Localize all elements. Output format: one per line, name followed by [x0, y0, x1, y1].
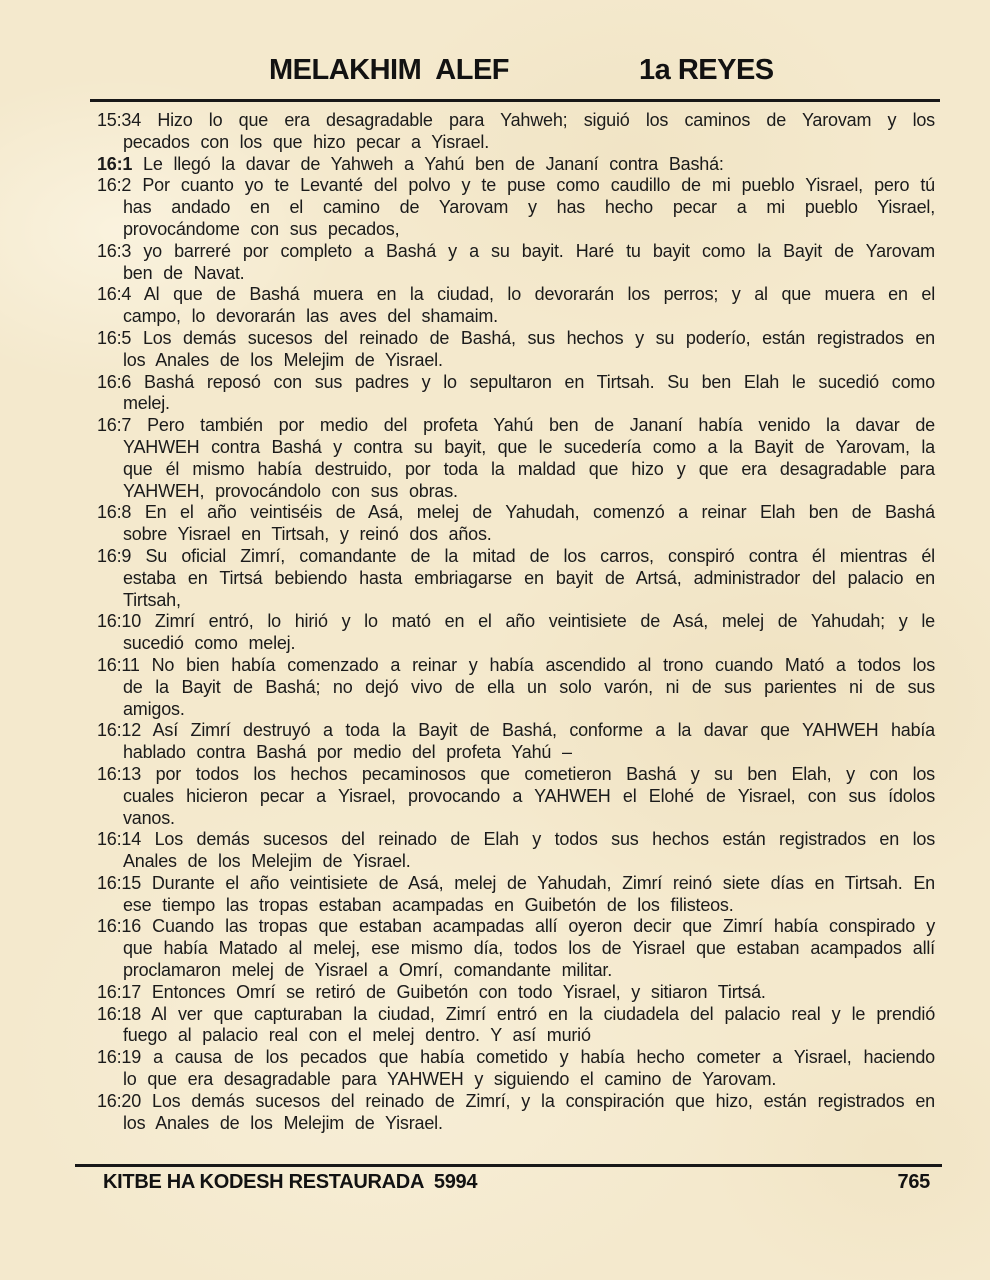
verse-text: Cuando las tropas que estaban acampadas …: [123, 916, 935, 980]
verse-number: 16:14: [97, 829, 141, 849]
verse: 16:13 por todos los hechos pecaminosos q…: [97, 764, 935, 829]
verse-text: a causa de los pecados que había cometid…: [123, 1047, 935, 1089]
verse: 16:19 a causa de los pecados que había c…: [97, 1047, 935, 1091]
verse-number: 16:18: [97, 1004, 141, 1024]
verse-text: Su oficial Zimrí, comandante de la mitad…: [123, 546, 935, 610]
verse-text: Durante el año veintisiete de Asá, melej…: [123, 873, 935, 915]
footer-edition-title: KITBE HA KODESH RESTAURADA 5994: [103, 1171, 477, 1194]
verse: 16:7 Pero también por medio del profeta …: [97, 415, 935, 502]
verse: 16:10 Zimrí entró, lo hirió y lo mató en…: [97, 611, 935, 655]
verse: 16:3 yo barreré por completo a Bashá y a…: [97, 241, 935, 285]
verse: 16:11 No bien había comenzado a reinar y…: [97, 655, 935, 720]
verse-number: 16:13: [97, 764, 141, 784]
verse: 16:15 Durante el año veintisiete de Asá,…: [97, 873, 935, 917]
verse-number: 16:6: [97, 372, 131, 392]
verse-text: En el año veintiséis de Asá, melej de Ya…: [123, 502, 935, 544]
verse: 16:8 En el año veintiséis de Asá, melej …: [97, 502, 935, 546]
verse-text: No bien había comenzado a reinar y había…: [123, 655, 935, 719]
footer-divider: [75, 1164, 942, 1167]
verse: 16:14 Los demás sucesos del reinado de E…: [97, 829, 935, 873]
verse-number: 16:9: [97, 546, 131, 566]
verse: 16:18 Al ver que capturaban la ciudad, Z…: [97, 1004, 935, 1048]
verse-text: Así Zimrí destruyó a toda la Bayit de Ba…: [123, 720, 935, 762]
verse-text: por todos los hechos pecaminosos que com…: [123, 764, 935, 828]
verse-text: Los demás sucesos del reinado de Bashá, …: [123, 328, 935, 370]
book-title-spanish: 1a REYES: [639, 54, 774, 87]
verse: 16:4 Al que de Bashá muera en la ciudad,…: [97, 284, 935, 328]
book-title-transliterated: MELAKHIM ALEF: [269, 54, 509, 87]
verse-number: 16:15: [97, 873, 141, 893]
verse-number: 16:8: [97, 502, 131, 522]
header-divider: [90, 99, 940, 102]
verse-text: Le llegó la davar de Yahweh a Yahú ben d…: [143, 154, 724, 174]
verse-text: Entonces Omrí se retiró de Guibetón con …: [152, 982, 766, 1002]
verse-text: Al ver que capturaban la ciudad, Zimrí e…: [123, 1004, 935, 1046]
verse: 16:9 Su oficial Zimrí, comandante de la …: [97, 546, 935, 611]
verse-text: Los demás sucesos del reinado de Elah y …: [123, 829, 935, 871]
verse-number: 16:5: [97, 328, 131, 348]
verse-number: 16:2: [97, 175, 131, 195]
verse-number: 16:1: [97, 154, 132, 174]
verse-number: 16:16: [97, 916, 141, 936]
verse-text: Los demás sucesos del reinado de Zimrí, …: [123, 1091, 935, 1133]
verse-text: Hizo lo que era desagradable para Yahweh…: [123, 110, 935, 152]
scripture-page: MELAKHIM ALEF 1a REYES 15:34 Hizo lo que…: [0, 0, 990, 1280]
verse-number: 16:7: [97, 415, 131, 435]
verse: 16:20 Los demás sucesos del reinado de Z…: [97, 1091, 935, 1135]
verse-number: 16:12: [97, 720, 141, 740]
verse-number: 16:19: [97, 1047, 141, 1067]
verse: 16:6 Bashá reposó con sus padres y lo se…: [97, 372, 935, 416]
verse: 16:2 Por cuanto yo te Levanté del polvo …: [97, 175, 935, 240]
verse-text: Pero también por medio del profeta Yahú …: [123, 415, 935, 500]
verse-number: 15:34: [97, 110, 141, 130]
verse-number: 16:20: [97, 1091, 141, 1111]
verse-list: 15:34 Hizo lo que era desagradable para …: [97, 110, 935, 1134]
verse-text: Zimrí entró, lo hirió y lo mató en el añ…: [123, 611, 935, 653]
verse-text: yo barreré por completo a Bashá y a su b…: [123, 241, 935, 283]
verse-number: 16:11: [97, 655, 140, 675]
verse: 16:5 Los demás sucesos del reinado de Ba…: [97, 328, 935, 372]
verse: 16:16 Cuando las tropas que estaban acam…: [97, 916, 935, 981]
verse-number: 16:17: [97, 982, 141, 1002]
verse: 16:12 Así Zimrí destruyó a toda la Bayit…: [97, 720, 935, 764]
verse-text: Bashá reposó con sus padres y lo sepulta…: [123, 372, 935, 414]
verse-number: 16:4: [97, 284, 131, 304]
verse-text: Por cuanto yo te Levanté del polvo y te …: [123, 175, 935, 239]
verse: 16:1 Le llegó la davar de Yahweh a Yahú …: [97, 154, 935, 176]
verse-text: Al que de Bashá muera en la ciudad, lo d…: [123, 284, 935, 326]
verse: 15:34 Hizo lo que era desagradable para …: [97, 110, 935, 154]
verse: 16:17 Entonces Omrí se retiró de Guibetó…: [97, 982, 935, 1004]
verse-number: 16:3: [97, 241, 131, 261]
verse-number: 16:10: [97, 611, 141, 631]
footer-page-number: 765: [898, 1171, 930, 1194]
